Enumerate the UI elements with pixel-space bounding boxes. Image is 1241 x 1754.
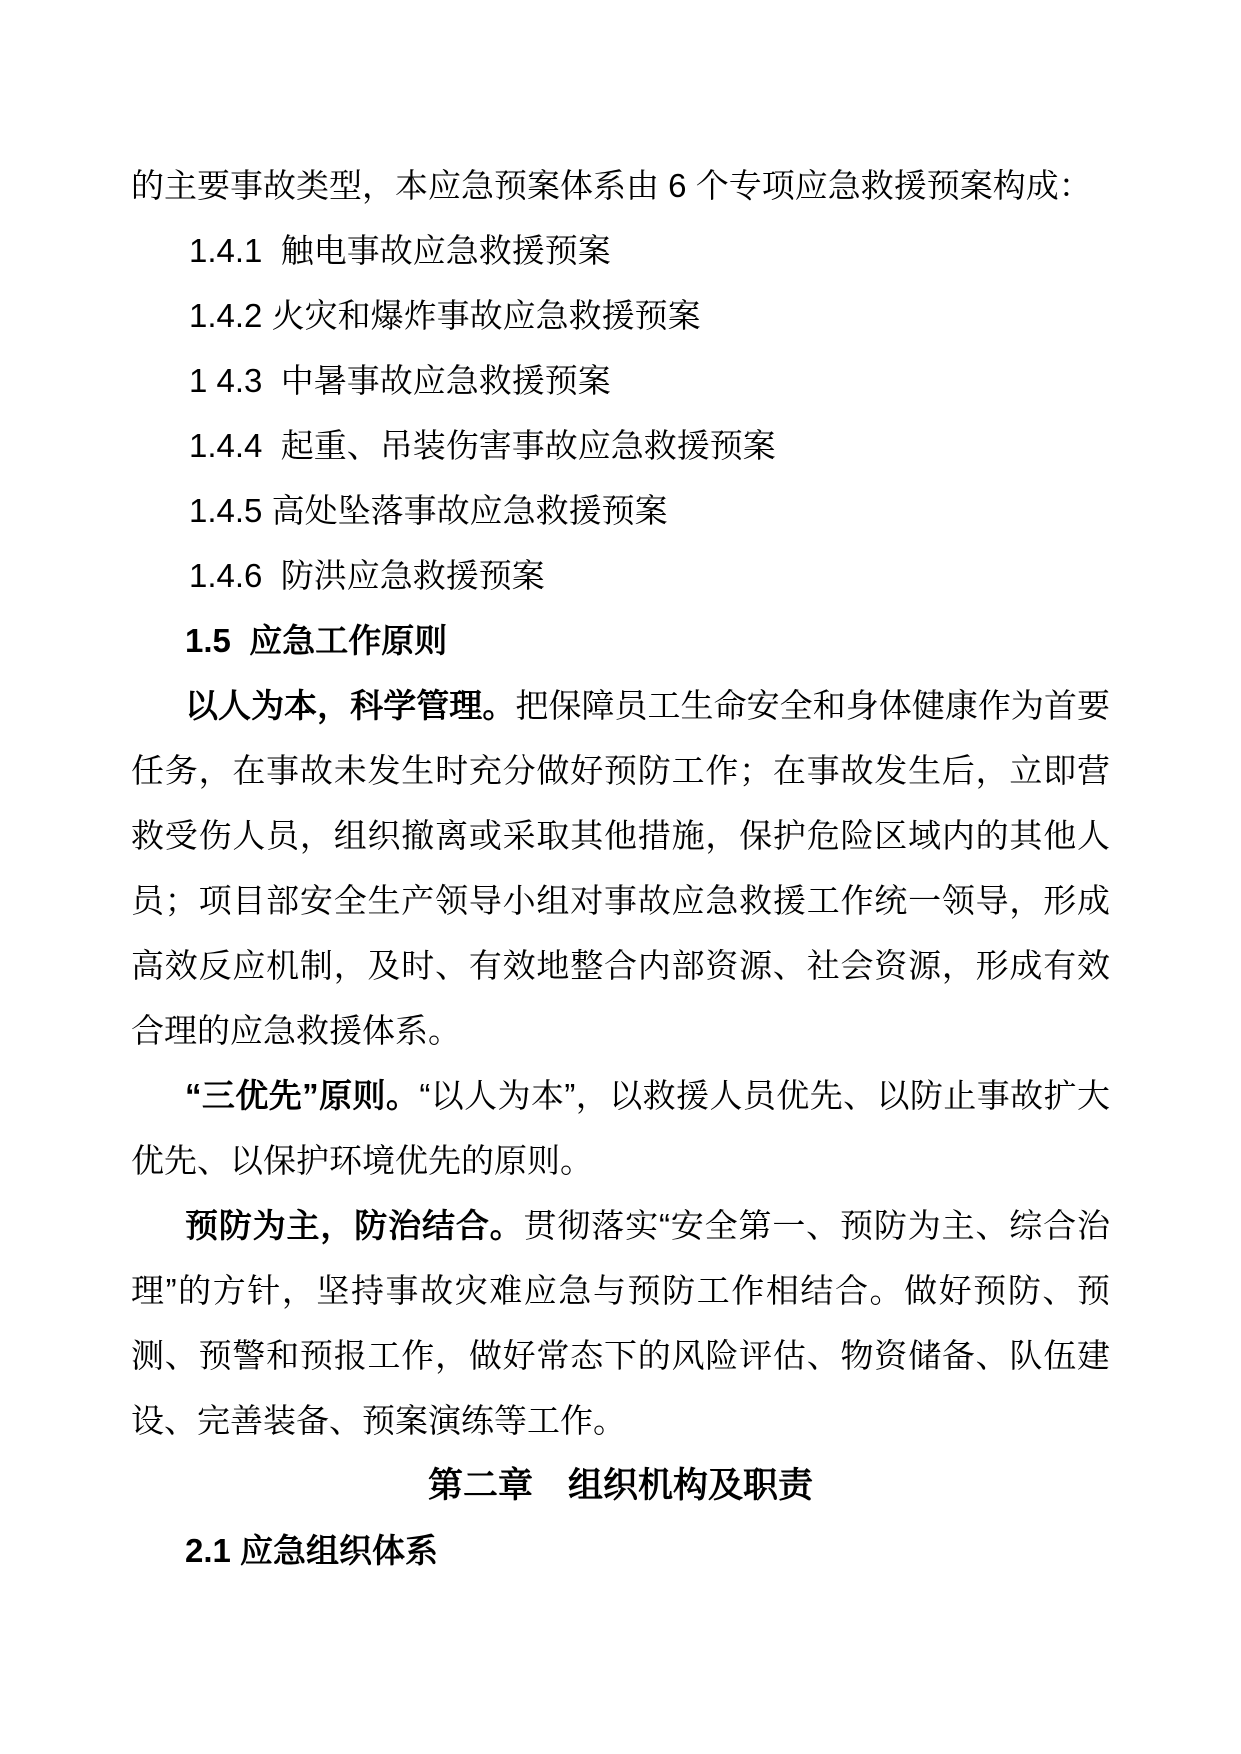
paragraph-principle-prevention-first: 预防为主，防治结合。贯彻落实“安全第一、预防为主、综合治理”的方针，坚持事故灾难… bbox=[131, 1193, 1110, 1453]
list-item-1-4-1: 1.4.1 触电事故应急救援预案 bbox=[131, 218, 1110, 283]
paragraph-lead-three-priorities: “三优先”原则。 bbox=[185, 1077, 419, 1114]
list-item-1-4-6: 1.4.6 防洪应急救援预案 bbox=[131, 543, 1110, 608]
list-item-1-4-2: 1.4.2 火灾和爆炸事故应急救援预案 bbox=[131, 283, 1110, 348]
paragraph-principle-three-priorities: “三优先”原则。“以人为本”，以救援人员优先、以防止事故扩大优先、以保护环境优先… bbox=[131, 1063, 1110, 1193]
chapter-2-heading: 第二章 组织机构及职责 bbox=[131, 1453, 1110, 1518]
paragraph-principle-people-first: 以人为本，科学管理。把保障员工生命安全和身体健康作为首要任务，在事故未发生时充分… bbox=[131, 673, 1110, 1063]
paragraph-lead-prevention-first: 预防为主，防治结合。 bbox=[185, 1207, 524, 1244]
list-item-1-4-5: 1.4.5 高处坠落事故应急救援预案 bbox=[131, 478, 1110, 543]
paragraph-lead-people-first: 以人为本，科学管理。 bbox=[185, 687, 515, 724]
list-item-1-4-3: 1 4.3 中暑事故应急救援预案 bbox=[131, 348, 1110, 413]
intro-line: 的主要事故类型，本应急预案体系由 6 个专项应急救援预案构成： bbox=[131, 153, 1110, 218]
paragraph-body-people-first: 把保障员工生命安全和身体健康作为首要任务，在事故未发生时充分做好预防工作；在事故… bbox=[131, 687, 1110, 1049]
section-heading-2-1: 2.1 应急组织体系 bbox=[131, 1518, 1110, 1583]
document-page: 的主要事故类型，本应急预案体系由 6 个专项应急救援预案构成： 1.4.1 触电… bbox=[0, 0, 1241, 1754]
list-item-1-4-4: 1.4.4 起重、吊装伤害事故应急救援预案 bbox=[131, 413, 1110, 478]
section-heading-1-5: 1.5 应急工作原则 bbox=[131, 608, 1110, 673]
